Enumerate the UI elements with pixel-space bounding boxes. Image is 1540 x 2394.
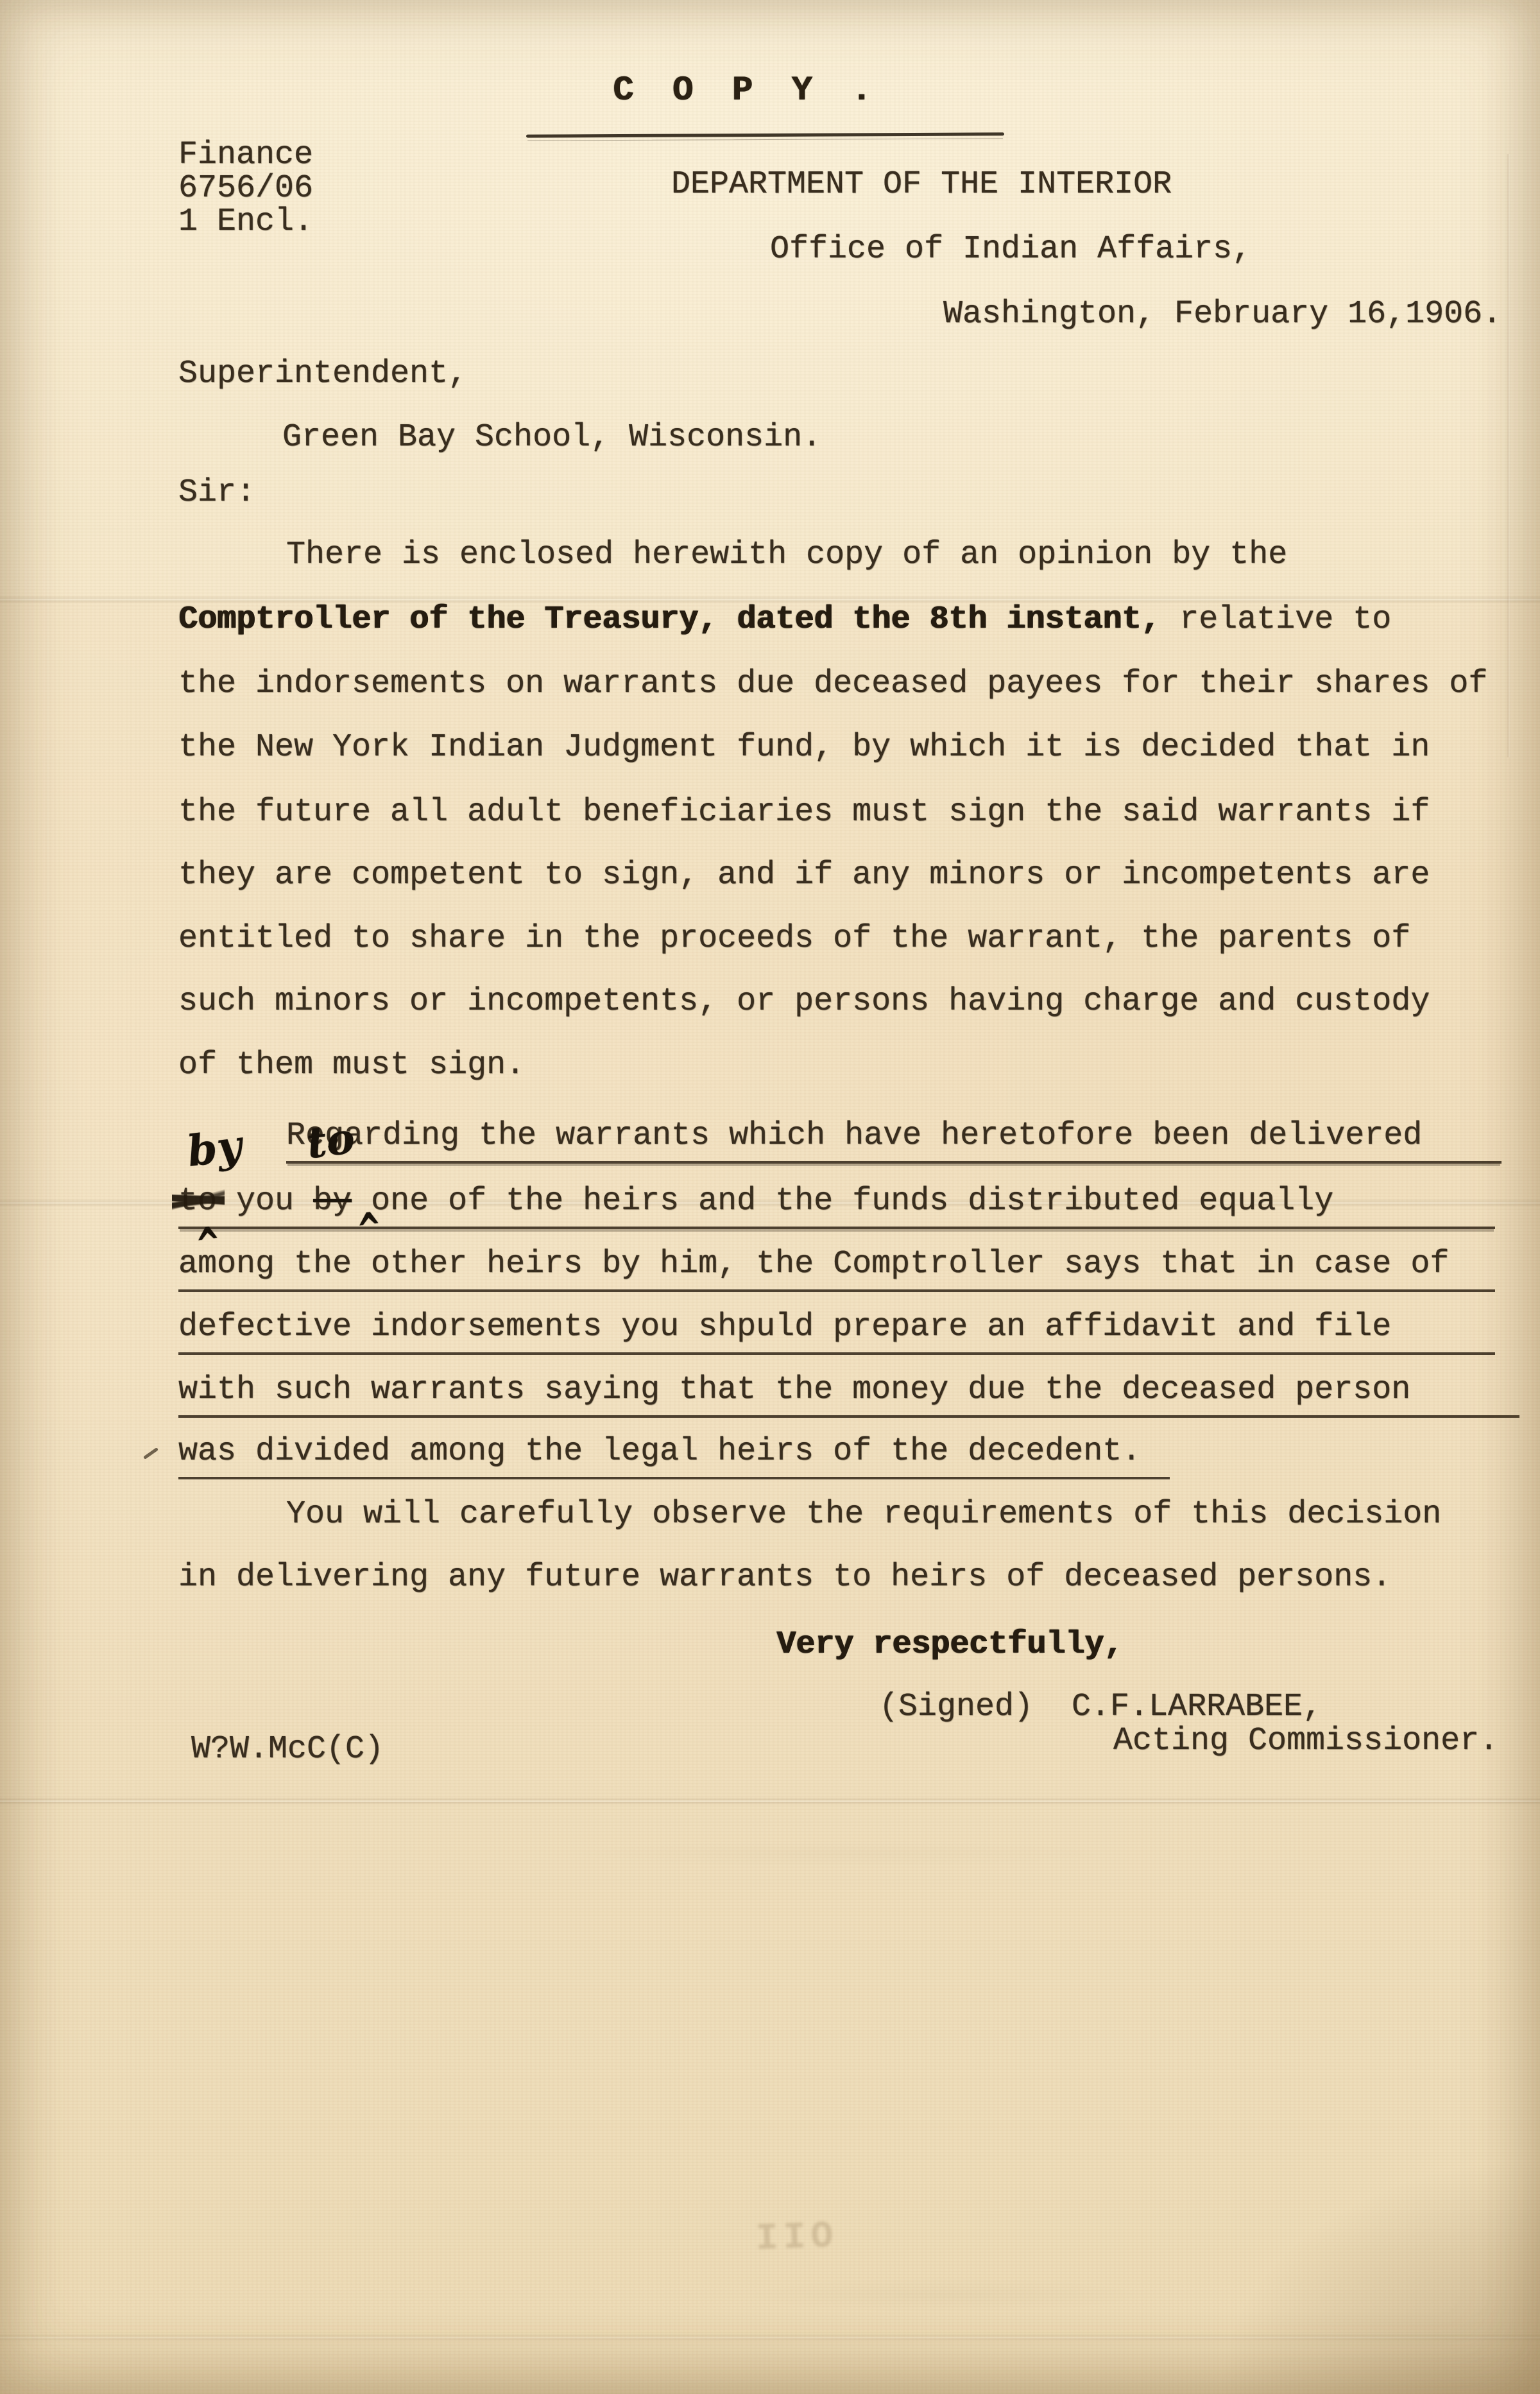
corner-fold-shade — [1206, 2150, 1540, 2394]
body-line-p1-2-rest: relative to — [1160, 601, 1391, 638]
file-ref-line-1: Finance — [178, 136, 313, 175]
body-line-p2-3: among the other heirs by him, the Comptr… — [178, 1245, 1495, 1292]
letterhead-department: DEPARTMENT OF THE INTERIOR — [671, 166, 1172, 204]
fold-crease-3 — [0, 1797, 1540, 1805]
body-line-p1-6: they are competent to sign, and if any m… — [178, 856, 1430, 895]
recipient-line-1: Superintendent, — [178, 355, 467, 393]
typist-initials: W?W.McC(C) — [191, 1730, 384, 1769]
body-line-p1-5: the future all adult beneficiaries must … — [178, 793, 1430, 832]
pen-tick-mark — [143, 1447, 158, 1460]
recipient-line-2: Green Bay School, Wisconsin. — [282, 418, 821, 457]
file-ref-line-3: 1 Encl. — [178, 203, 313, 241]
struck-word-mid: by — [313, 1183, 352, 1219]
file-ref-line-2: 6756/06 — [178, 169, 313, 208]
struck-word-start: to — [178, 1182, 217, 1221]
letter-page: C O P Y . Finance 6756/06 1 Encl. DEPART… — [0, 0, 1540, 2394]
bleedthrough-smudge-1 — [552, 1839, 1129, 1868]
letterhead-dateline: Washington, February 16,1906. — [943, 295, 1502, 334]
body-line-p1-1: There is enclosed herewith copy of an op… — [286, 536, 1287, 574]
body-line-p2-4: defective indorsements you shpuld prepar… — [178, 1308, 1495, 1355]
copy-heading-underline — [526, 132, 1004, 137]
body-line-p1-9: of them must sign. — [178, 1046, 525, 1085]
commissioner-title: Acting Commissioner. — [1113, 1722, 1498, 1761]
body-line-p2-1: Regarding the warrants which have hereto… — [286, 1117, 1502, 1164]
salutation: Sir: — [178, 474, 255, 512]
body-line-p1-8: such minors or incompetents, or persons … — [178, 983, 1430, 1021]
body-line-p2-6: was divided among the legal heirs of the… — [178, 1433, 1170, 1479]
body-line-p1-2-bold: Comptroller of the Treasury, dated the 8… — [178, 601, 1160, 638]
body-line-p2-2-part1: you — [217, 1183, 313, 1219]
body-line-p3-2: in delivering any future warrants to hei… — [178, 1558, 1391, 1597]
signed-line: (Signed) C.F.LARRABEE, — [879, 1688, 1322, 1727]
handwritten-insert-to: to — [304, 1117, 357, 1165]
copy-heading: C O P Y . — [613, 72, 881, 110]
fold-crease-4 — [0, 2334, 1540, 2341]
body-line-p1-3: the indorsements on warrants due decease… — [178, 665, 1487, 703]
body-line-p1-4: the New York Indian Judgment fund, by wh… — [178, 728, 1430, 767]
letterhead-office: Office of Indian Affairs, — [770, 230, 1251, 269]
body-line-p3-1: You will carefully observe the requireme… — [286, 1495, 1441, 1534]
vertical-crease — [1507, 154, 1510, 757]
body-line-p1-2: Comptroller of the Treasury, dated the 8… — [178, 601, 1391, 639]
body-line-p1-7: entitled to share in the proceeds of the… — [178, 920, 1410, 958]
body-line-p2-5: with such warrants saying that the money… — [178, 1371, 1519, 1418]
valediction: Very respectfully, — [776, 1626, 1123, 1664]
handwritten-insert-by: by — [185, 1124, 244, 1173]
bleedthrough-smudge-2 — [738, 2277, 1149, 2313]
body-line-p2-2-part2: one of the heirs and the funds distribut… — [352, 1183, 1333, 1219]
bleedthrough-text: OII — [750, 2216, 834, 2261]
